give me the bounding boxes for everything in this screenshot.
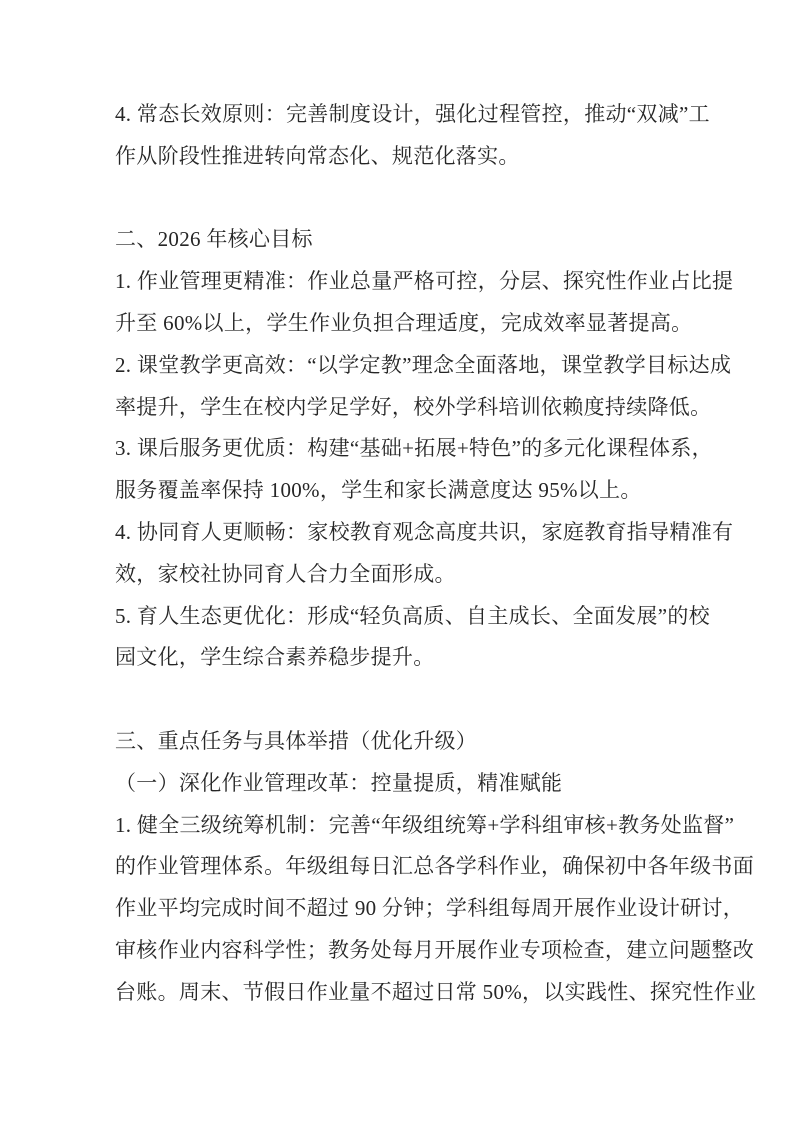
heading-section-2: 二、2026 年核心目标 <box>115 219 680 261</box>
text-line: 5. 育人生态更优化：形成“轻负高质、自主成长、全面发展”的校 <box>115 596 680 638</box>
text-line: 作从阶段性推进转向常态化、规范化落实。 <box>115 136 680 178</box>
blank-line <box>115 679 680 721</box>
text-line: 服务覆盖率保持 100%，学生和家长满意度达 95%以上。 <box>115 470 680 512</box>
text-line: 2. 课堂教学更高效：“以学定教”理念全面落地，课堂教学目标达成 <box>115 345 680 387</box>
text-line: 的作业管理体系。年级组每日汇总各学科作业，确保初中各年级书面 <box>115 846 680 888</box>
text-line: 1. 健全三级统筹机制：完善“年级组统筹+学科组审核+教务处监督” <box>115 805 680 847</box>
paragraph-principle-4: 4. 常态长效原则：完善制度设计，强化过程管控，推动“双减”工 作从阶段性推进转… <box>115 94 680 178</box>
text-line: 1. 作业管理更精准：作业总量严格可控，分层、探究性作业占比提 <box>115 261 680 303</box>
text-line: 台账。周末、节假日作业量不超过日常 50%，以实践性、探究性作业 <box>115 972 680 1014</box>
heading-section-3: 三、重点任务与具体举措（优化升级） <box>115 721 680 763</box>
paragraph-measure-1: 1. 健全三级统筹机制：完善“年级组统筹+学科组审核+教务处监督” 的作业管理体… <box>115 805 680 1014</box>
text-line: 4. 协同育人更顺畅：家校教育观念高度共识，家庭教育指导精准有 <box>115 512 680 554</box>
subheading-task-1: （一）深化作业管理改革：控量提质，精准赋能 <box>115 763 680 805</box>
document-page: 4. 常态长效原则：完善制度设计，强化过程管控，推动“双减”工 作从阶段性推进转… <box>0 0 793 1122</box>
text-line: 4. 常态长效原则：完善制度设计，强化过程管控，推动“双减”工 <box>115 94 680 136</box>
goal-item-4: 4. 协同育人更顺畅：家校教育观念高度共识，家庭教育指导精准有 效，家校社协同育… <box>115 512 680 596</box>
goal-item-5: 5. 育人生态更优化：形成“轻负高质、自主成长、全面发展”的校 园文化，学生综合… <box>115 596 680 680</box>
text-line: 率提升，学生在校内学足学好，校外学科培训依赖度持续降低。 <box>115 387 680 429</box>
goal-item-3: 3. 课后服务更优质：构建“基础+拓展+特色”的多元化课程体系， 服务覆盖率保持… <box>115 428 680 512</box>
goal-item-1: 1. 作业管理更精准：作业总量严格可控，分层、探究性作业占比提 升至 60%以上… <box>115 261 680 345</box>
goal-item-2: 2. 课堂教学更高效：“以学定教”理念全面落地，课堂教学目标达成 率提升，学生在… <box>115 345 680 429</box>
text-line: 效，家校社协同育人合力全面形成。 <box>115 554 680 596</box>
text-line: 3. 课后服务更优质：构建“基础+拓展+特色”的多元化课程体系， <box>115 428 680 470</box>
text-line: 园文化，学生综合素养稳步提升。 <box>115 637 680 679</box>
document-body: 4. 常态长效原则：完善制度设计，强化过程管控，推动“双减”工 作从阶段性推进转… <box>115 94 680 1014</box>
blank-line <box>115 178 680 220</box>
subheading-text: （一）深化作业管理改革：控量提质，精准赋能 <box>115 763 680 805</box>
heading-text: 二、2026 年核心目标 <box>115 219 680 261</box>
heading-text: 三、重点任务与具体举措（优化升级） <box>115 721 680 763</box>
text-line: 审核作业内容科学性；教务处每月开展作业专项检查，建立问题整改 <box>115 930 680 972</box>
text-line: 升至 60%以上，学生作业负担合理适度，完成效率显著提高。 <box>115 303 680 345</box>
text-line: 作业平均完成时间不超过 90 分钟；学科组每周开展作业设计研讨， <box>115 888 680 930</box>
